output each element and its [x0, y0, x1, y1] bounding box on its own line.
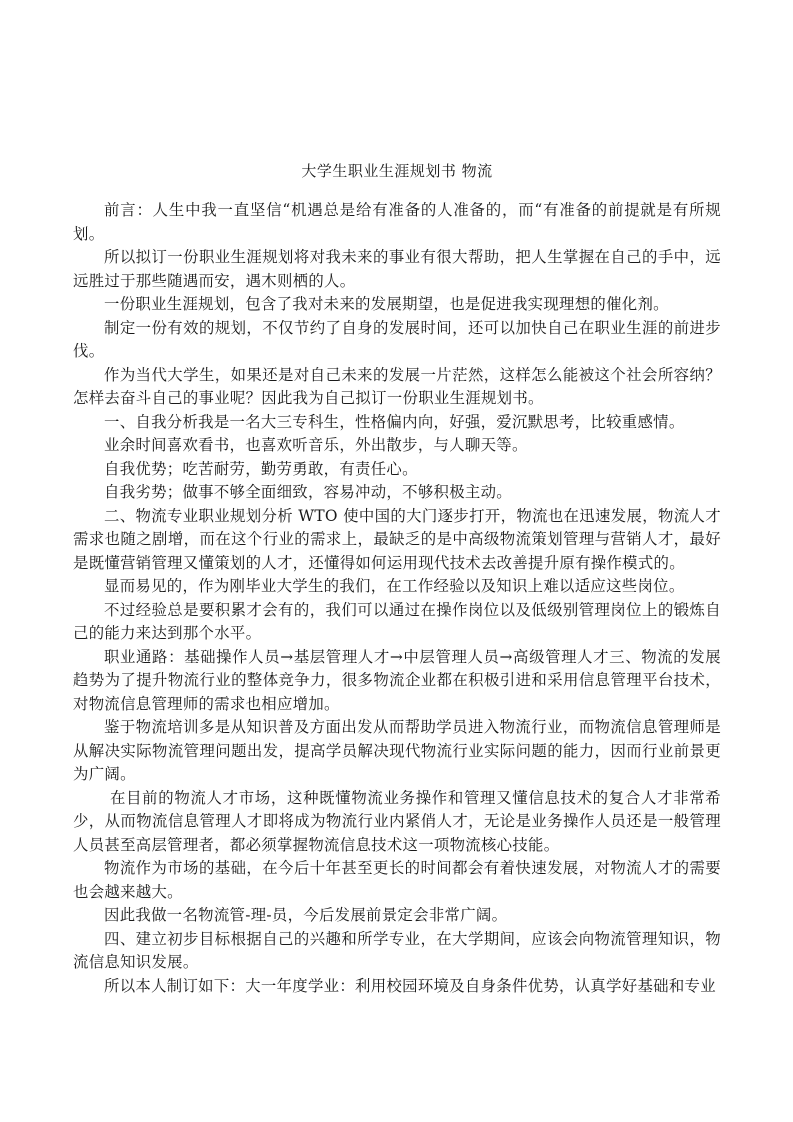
paragraph-logistics-analysis: 二、物流专业职业规划分析 WTO 使中国的大门逐步打开，物流也在迅速发展，物流人…	[73, 505, 721, 576]
paragraph-plan-catalyst: 一份职业生涯规划，包含了我对未来的发展期望，也是促进我实现理想的催化剂。	[73, 293, 721, 317]
paragraph-preface: 前言：人生中我一直坚信“机遇总是给有准备的人准备的，而“有准备的前提就是有所规划…	[73, 199, 721, 246]
document-title: 大学生职业生涯规划书 物流	[73, 160, 721, 182]
paragraph-first-year-plan: 所以本人制订如下：大一年度学业：利用校园环境及自身条件优势，认真学好基础和专业	[73, 975, 721, 999]
paragraph-effective-plan: 制定一份有效的规划，不仅节约了自身的发展时间，还可以加快自己在职业生涯的前进步伐…	[73, 317, 721, 364]
paragraph-market-foundation: 物流作为市场的基础，在今后十年甚至更长的时间都会有着快速发展，对物流人才的需要也…	[73, 857, 721, 904]
paragraph-talent-market: 在目前的物流人才市场，这种既懂物流业务操作和管理又懂信息技术的复合人才非常希少，…	[73, 787, 721, 858]
paragraph-initial-goals: 四、建立初步目标根据自己的兴趣和所学专业，在大学期间，应该会向物流管理知识，物流…	[73, 928, 721, 975]
paragraph-become-manager: 因此我做一名物流管-理-员，今后发展前景定会非常广阔。	[73, 904, 721, 928]
paragraph-strengths: 自我优势；吃苦耐劳，勤劳勇敢，有责任心。	[73, 458, 721, 482]
document-page: 大学生职业生涯规划书 物流 前言：人生中我一直坚信“机遇总是给有准备的人准备的，…	[73, 160, 721, 998]
paragraph-hobbies: 业余时间喜欢看书，也喜欢听音乐，外出散步，与人聊天等。	[73, 434, 721, 458]
paragraph-contemporary-student: 作为当代大学生，如果还是对自己未来的发展一片茫然，这样怎么能被这个社会所容纳？怎…	[73, 364, 721, 411]
paragraph-graduate-challenge: 显而易见的，作为刚毕业大学生的我们，在工作经验以及知识上难以适应这些岗位。	[73, 575, 721, 599]
paragraph-weaknesses: 自我劣势；做事不够全面细致，容易冲动，不够积极主动。	[73, 481, 721, 505]
paragraph-career-path: 职业通路：基础操作人员→基层管理人才→中层管理人员→高级管理人才三、物流的发展趋…	[73, 646, 721, 717]
paragraph-training: 鉴于物流培训多是从知识普及方面出发从而帮助学员进入物流行业，而物流信息管理师是从…	[73, 716, 721, 787]
paragraph-self-analysis: 一、自我分析我是一名大三专科生，性格偏内向，好强，爱沉默思考，比较重感情。	[73, 411, 721, 435]
paragraph-experience: 不过经验总是要积累才会有的，我们可以通过在操作岗位以及低级别管理岗位上的锻炼自己…	[73, 599, 721, 646]
paragraph-plan-benefit: 所以拟订一份职业生涯规划将对我未来的事业有很大帮助，把人生掌握在自己的手中，远远…	[73, 246, 721, 293]
